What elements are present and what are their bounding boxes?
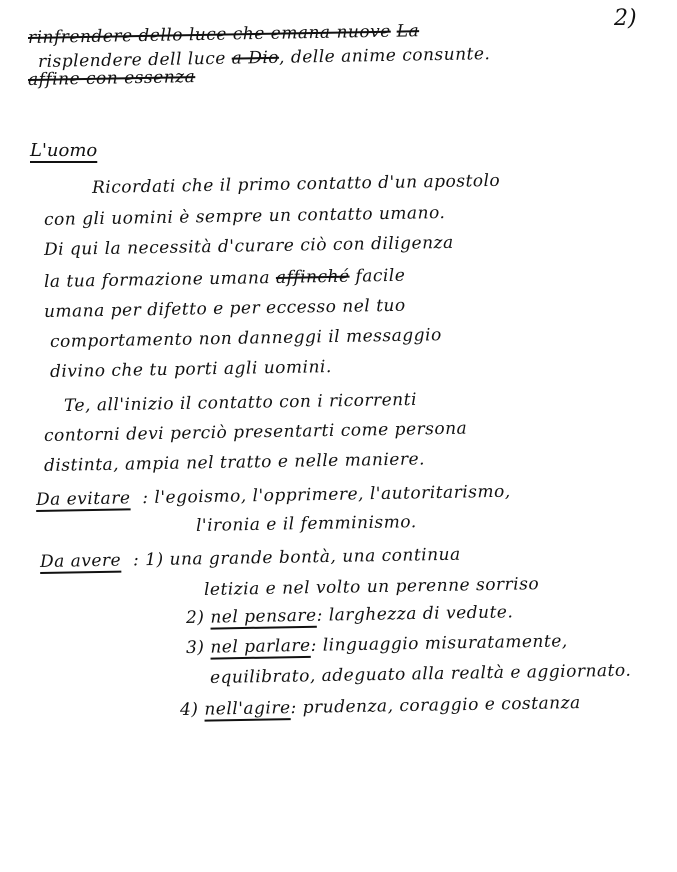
struck-text: affine con essenza — [28, 67, 196, 90]
da-evitare-label: Da evitare — [36, 488, 131, 510]
para2-line-3: distinta, ampia nel tratto e nelle manie… — [44, 449, 425, 476]
para1-line-2: con gli uomini è sempre un contatto uman… — [44, 203, 446, 230]
da-avere-label: Da avere — [40, 551, 121, 572]
da-evitare-line-1: Da evitare : l'egoismo, l'opprimere, l'a… — [36, 482, 511, 510]
da-avere-item-1-cont: letizia e nel volto un perenne sorriso — [204, 574, 539, 600]
da-avere-item-3: 3) nel parlare: linguaggio misuratamente… — [186, 631, 568, 658]
para1-line-6: comportamento non danneggi il messaggio — [50, 325, 442, 352]
manuscript-page: 2) rinfrendere dello luce che emana nuov… — [0, 0, 677, 872]
top-line-3: affine con essenza — [28, 67, 196, 90]
para1-line-7: divino che tu porti agli uomini. — [50, 357, 332, 382]
para1-line-4: la tua formazione umana affinché facile — [44, 266, 406, 292]
da-avere-item-2: 2) nel pensare: larghezza di vedute. — [186, 602, 514, 628]
da-avere-item-4: 4) nell'agire: prudenza, coraggio e cost… — [180, 693, 581, 720]
struck-text: rinfrendere dello luce che emana nuove — [28, 22, 391, 48]
page-number: 2) — [614, 6, 637, 31]
struck-text: La — [397, 21, 420, 41]
struck-text: a Dio — [232, 48, 280, 69]
para1-line-3: Di qui la necessità d'curare ciò con dil… — [44, 233, 454, 260]
text: delle anime consunte. — [291, 44, 491, 67]
struck-text: affinché — [276, 267, 350, 288]
da-avere-item-3-cont: equilibrato, adeguato alla realtà e aggi… — [210, 661, 632, 688]
da-avere-item-1: Da avere : 1) una grande bontà, una cont… — [40, 545, 461, 572]
para1-line-1: Ricordati che il primo contatto d'un apo… — [92, 171, 501, 198]
section-heading: L'uomo — [30, 140, 97, 161]
para2-line-2: contorni devi perciò presentarti come pe… — [44, 419, 468, 446]
para2-line-1: Te, all'inizio il contatto con i ricorre… — [64, 390, 417, 416]
para1-line-5: umana per difetto e per eccesso nel tuo — [44, 296, 406, 322]
da-evitare-line-2: l'ironia e il femminismo. — [196, 512, 417, 536]
top-line-1: rinfrendere dello luce che emana nuove L… — [28, 21, 419, 48]
